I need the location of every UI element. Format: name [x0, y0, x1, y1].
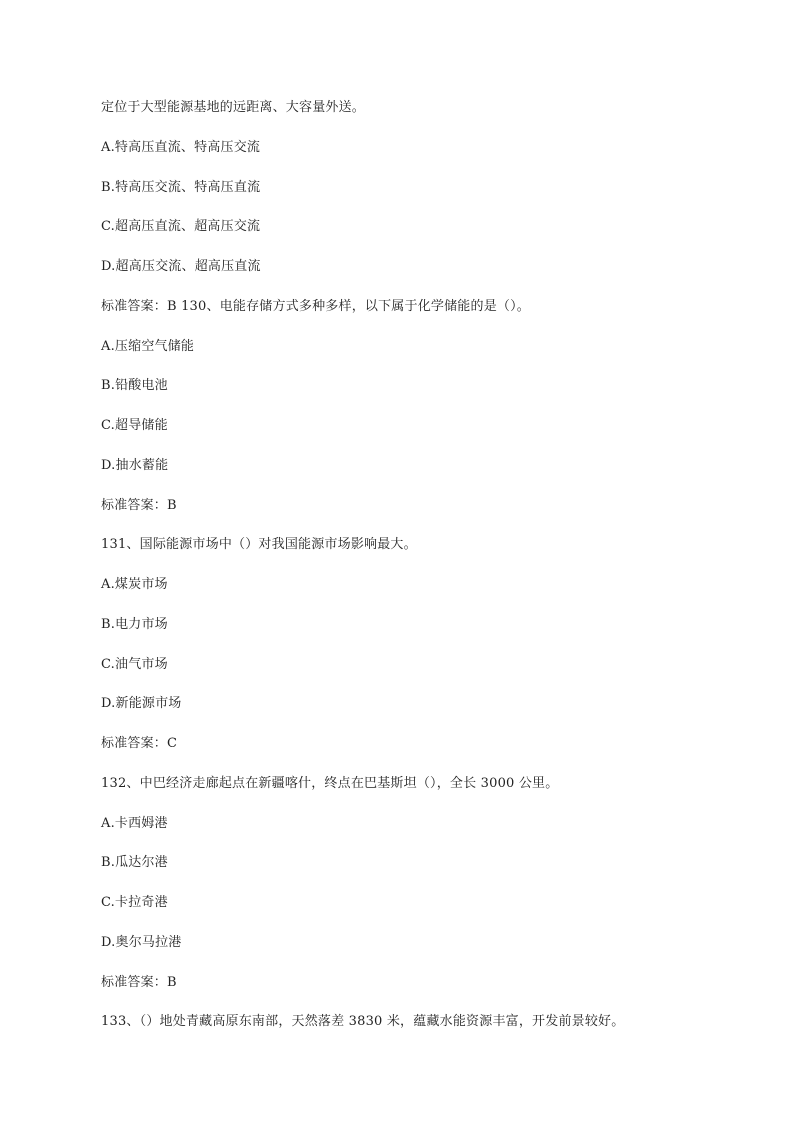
- option-d: D.抽水蓄能: [101, 457, 741, 497]
- option-b: B.瓜达尔港: [101, 854, 741, 894]
- standard-answer: 标准答案：B: [101, 974, 741, 1014]
- question-132: 132、中巴经济走廊起点在新疆喀什，终点在巴基斯坦（），全长 3000 公里。: [101, 775, 741, 815]
- option-a: A.卡西姆港: [101, 815, 741, 855]
- standard-answer: 标准答案：B: [101, 497, 741, 537]
- answer-and-question-130: 标准答案：B 130、电能存储方式多种多样，以下属于化学储能的是（）。: [101, 298, 741, 338]
- option-b: B.铅酸电池: [101, 377, 741, 417]
- question-131: 131、国际能源市场中（）对我国能源市场影响最大。: [101, 536, 741, 576]
- option-b: B.特高压交流、特高压直流: [101, 179, 741, 219]
- document-page: 定位于大型能源基地的远距离、大容量外送。 A.特高压直流、特高压交流 B.特高压…: [101, 99, 741, 1053]
- option-d: D.奥尔马拉港: [101, 934, 741, 974]
- option-c: C.超高压直流、超高压交流: [101, 218, 741, 258]
- option-c: C.超导储能: [101, 417, 741, 457]
- option-b: B.电力市场: [101, 616, 741, 656]
- question-text: 定位于大型能源基地的远距离、大容量外送。: [101, 99, 741, 139]
- option-c: C.油气市场: [101, 656, 741, 696]
- option-a: A.压缩空气储能: [101, 338, 741, 378]
- question-133: 133、（）地处青藏高原东南部，天然落差 3830 米，蕴藏水能资源丰富，开发前…: [101, 1013, 741, 1053]
- option-d: D.超高压交流、超高压直流: [101, 258, 741, 298]
- option-a: A.煤炭市场: [101, 576, 741, 616]
- option-a: A.特高压直流、特高压交流: [101, 139, 741, 179]
- option-d: D.新能源市场: [101, 695, 741, 735]
- standard-answer: 标准答案：C: [101, 735, 741, 775]
- option-c: C.卡拉奇港: [101, 894, 741, 934]
